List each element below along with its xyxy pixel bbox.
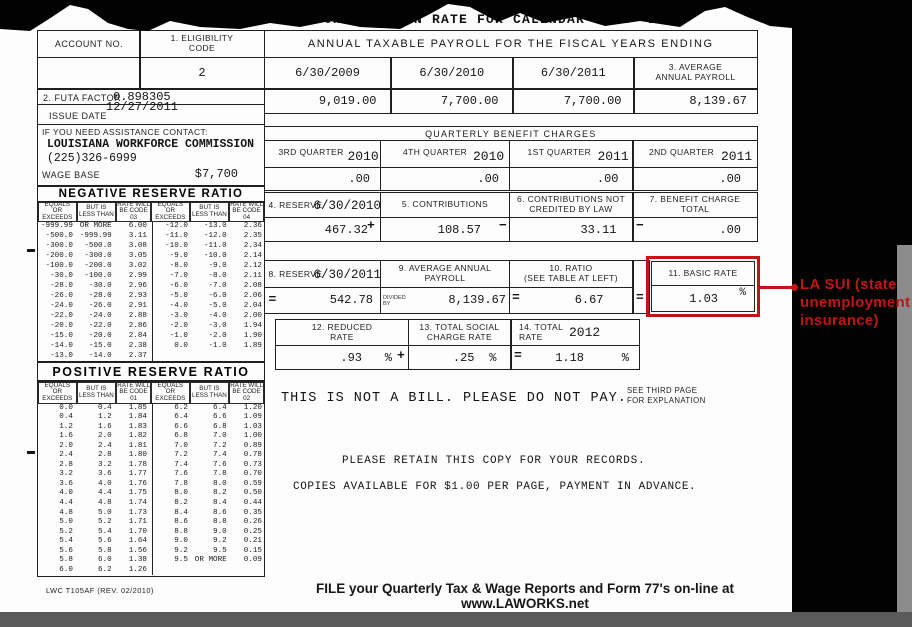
table-cell: 1.70 [116, 528, 152, 538]
table-cell: -4.0 [153, 302, 191, 312]
table-cell: 1.09 [231, 413, 267, 423]
assistance-contact-box: IF YOU NEED ASSISTANCE CONTACT: LOUISIAN… [37, 124, 265, 186]
percent-sign: % [489, 351, 496, 365]
social-charge-value: .25 [453, 351, 475, 365]
table-row: 7.47.60.73 [153, 461, 267, 471]
table-cell: 2.06 [231, 292, 267, 302]
table-cell: 2.84 [116, 332, 152, 342]
fiscal-year-1: 6/30/2009 [264, 57, 392, 90]
form-number: LWC T105AF (REV. 02/2010) [46, 587, 154, 596]
table-cell: 2.96 [116, 282, 152, 292]
table-cell: 1.82 [116, 432, 152, 442]
table-cell: 1.71 [116, 518, 152, 528]
minus-operator: − [499, 218, 507, 233]
quarter-year: 2010 [473, 149, 504, 164]
percent-sign: % [622, 351, 629, 365]
quarter-label: 1ST QUARTER [528, 148, 592, 158]
table-cell: 6.0 [76, 556, 116, 566]
table-cell: 9.0 [191, 528, 231, 538]
table-cell: 2.08 [231, 282, 267, 292]
table-row: 6.66.81.03 [153, 423, 267, 433]
table-cell: -26.0 [76, 302, 116, 312]
table-cell: -999.99 [38, 222, 76, 232]
table-row: -200.0-300.03.05 [38, 252, 152, 262]
table-row: -9.0-10.02.14 [153, 252, 267, 262]
payroll-value-average: 8,139.67 [633, 88, 758, 114]
table-cell: 8.8 [191, 518, 231, 528]
positive-ratio-table: EQUALS OR EXCEEDSBUT IS LESS THANRATE WI… [37, 381, 265, 577]
table-row: 6.46.61.09 [153, 413, 267, 423]
table-cell: 8.4 [153, 509, 191, 519]
positive-ratio-left-rows: 0.00.41.850.41.21.841.21.61.831.62.01.82… [38, 404, 152, 576]
table-cell: 0.70 [231, 470, 267, 480]
table-cell: -12.0 [191, 232, 231, 242]
table-cell: -14.0 [38, 342, 76, 352]
table-cell: -24.0 [38, 302, 76, 312]
table-cell: 2.8 [76, 451, 116, 461]
table-row: 4.85.01.73 [38, 509, 152, 519]
table-cell: 1.85 [116, 404, 152, 414]
reserve-2010-date: 6/30/2010 [314, 199, 382, 213]
table-cell: 4.4 [38, 499, 76, 509]
table-cell: BUT IS LESS THAN [77, 202, 117, 222]
table-cell: 4.0 [76, 480, 116, 490]
table-row: 7.88.00.59 [153, 480, 267, 490]
table-cell: EQUALS OR EXCEEDS [38, 202, 77, 222]
table-cell: 0.09 [231, 556, 267, 566]
table-cell: 6.8 [153, 432, 191, 442]
table-cell: 6.2 [76, 566, 116, 576]
table-cell: 6.0 [38, 566, 76, 576]
table-cell: 0.25 [231, 528, 267, 538]
table-cell: 8.2 [153, 499, 191, 509]
reserve-2011-value-cell: = 542.78 [264, 287, 382, 314]
ratio-value: 6.67 [575, 293, 604, 307]
table-cell: 7.8 [191, 470, 231, 480]
table-cell: 5.4 [76, 528, 116, 538]
table-cell: 2.99 [116, 272, 152, 282]
table-cell: -9.0 [191, 262, 231, 272]
divided-by-label: DIVIDED BY [383, 295, 406, 307]
table-cell: 0.4 [76, 404, 116, 414]
table-cell: 2.35 [231, 232, 267, 242]
table-cell: 3.05 [116, 252, 152, 262]
table-cell: -13.0 [191, 222, 231, 232]
table-cell: -500.0 [38, 232, 76, 242]
table-cell: -13.0 [38, 352, 76, 362]
table-cell: 0.26 [231, 518, 267, 528]
quarter-header-2: 4TH QUARTER2010 [380, 140, 510, 168]
table-cell: 3.2 [76, 461, 116, 471]
table-cell: -3.0 [191, 322, 231, 332]
payroll-value-2011: 7,700.00 [512, 88, 635, 114]
reserve-2011-value: 542.78 [330, 293, 373, 307]
table-cell: -3.0 [153, 312, 191, 322]
table-row: -7.0-8.02.11 [153, 272, 267, 282]
total-rate-value-cell: 1.18 % [510, 345, 640, 370]
table-row: 6.26.41.20 [153, 404, 267, 414]
table-row: 1.62.01.82 [38, 432, 152, 442]
table-cell: 6.4 [191, 404, 231, 414]
table-row: 5.05.21.71 [38, 518, 152, 528]
table-cell: -9.0 [153, 252, 191, 262]
reduced-rate-value: .93 [340, 351, 362, 365]
table-cell: 7.0 [191, 432, 231, 442]
table-cell: 5.8 [38, 556, 76, 566]
table-cell: 3.08 [116, 242, 152, 252]
table-row: 2.83.21.78 [38, 461, 152, 471]
table-row: -8.0-9.02.12 [153, 262, 267, 272]
issue-date-value: 12/27/2011 [106, 100, 178, 114]
avg-annual-payroll-value-cell: DIVIDED BY 8,139.67 [380, 287, 510, 314]
table-cell: 7.0 [153, 442, 191, 452]
contributions-not-credited-value: 33.11 [509, 217, 634, 242]
quarter-value-2: .00 [380, 167, 510, 191]
contact-phone: (225)326-6999 [47, 152, 137, 165]
table-row: -20.0-22.02.86 [38, 322, 152, 332]
payroll-value-2009: 9,019.00 [264, 88, 392, 114]
table-cell: 2.11 [231, 272, 267, 282]
scanned-document-page: { "colors":{"red_annotation":"#c01515","… [0, 0, 912, 627]
table-cell: 5.6 [76, 537, 116, 547]
table-cell: EQUALS OR EXCEEDS [38, 382, 77, 404]
table-row: -10.0-11.02.34 [153, 242, 267, 252]
negative-ratio-table: EQUALS OR EXCEEDSBUT IS LESS THANRATE WI… [37, 201, 265, 362]
table-cell: 6.6 [191, 413, 231, 423]
table-row: -13.0-14.02.37 [38, 352, 152, 362]
quarter-value-1: .00 [264, 167, 382, 191]
table-cell: 1.94 [231, 322, 267, 332]
quarter-header-3: 1ST QUARTER2011 [509, 140, 634, 168]
retain-copy-notice: PLEASE RETAIN THIS COPY FOR YOUR RECORDS… [342, 455, 645, 467]
table-cell: 1.80 [116, 451, 152, 461]
table-cell: 1.2 [38, 423, 76, 433]
table-cell: 0.4 [38, 413, 76, 423]
table-row: -100.0-200.03.02 [38, 262, 152, 272]
reserve-2011-header: 8. RESERVE6/30/2011 [264, 260, 382, 288]
table-cell: BUT IS LESS THAN [190, 382, 230, 404]
table-row: 4.04.41.75 [38, 489, 152, 499]
wage-base-label: WAGE BASE [42, 170, 100, 180]
benefit-charge-total-value: .00 [632, 217, 758, 242]
total-social-charge-header: 13. TOTAL SOCIAL CHARGE RATE [408, 319, 512, 346]
positive-ratio-body: 0.00.41.850.41.21.841.21.61.831.62.01.82… [38, 404, 264, 576]
table-cell: 2.36 [231, 222, 267, 232]
quarterly-title: QUARTERLY BENEFIT CHARGES [264, 126, 759, 141]
table-cell: 2.0 [38, 442, 76, 452]
table-cell: 0.35 [231, 509, 267, 519]
table-cell: 4.8 [76, 499, 116, 509]
table-cell: 6.6 [153, 423, 191, 433]
table-row: 8.89.00.25 [153, 528, 267, 538]
table-row: 5.45.61.64 [38, 537, 152, 547]
table-cell: 8.4 [191, 499, 231, 509]
reserve-2010-value: 467.32 [264, 217, 382, 242]
table-row: 2.42.81.80 [38, 451, 152, 461]
table-cell: 1.78 [116, 461, 152, 471]
quarter-header-1: 3RD QUARTER2010 [264, 140, 382, 168]
table-cell: 8.0 [191, 480, 231, 490]
table-cell: BUT IS LESS THAN [77, 382, 117, 404]
table-cell: 3.6 [76, 470, 116, 480]
table-cell: OR MORE [191, 556, 231, 566]
table-cell: 6.2 [153, 404, 191, 414]
table-cell: -10.0 [191, 252, 231, 262]
table-cell: -11.0 [191, 242, 231, 252]
positive-ratio-title: POSITIVE RESERVE RATIO [37, 362, 265, 381]
annotation-label: LA SUI (state unemployment insurance) [800, 276, 910, 330]
table-cell: 4.0 [38, 489, 76, 499]
issue-date-row: ISSUE DATE 12/27/2011 [37, 104, 265, 125]
table-cell: 2.34 [231, 242, 267, 252]
quarter-label: 4TH QUARTER [403, 148, 467, 158]
total-rate-label: 14. TOTAL RATE [519, 323, 563, 343]
table-cell: -200.0 [76, 262, 116, 272]
contributions-not-credited-header: 6. CONTRIBUTIONS NOT CREDITED BY LAW [509, 192, 634, 218]
table-cell: -100.0 [38, 262, 76, 272]
table-cell: 5.6 [38, 547, 76, 557]
total-rate-header: 14. TOTAL RATE 2012 [510, 319, 640, 346]
table-row: -26.0-28.02.93 [38, 292, 152, 302]
table-cell: 0.44 [231, 499, 267, 509]
table-cell: -22.0 [38, 312, 76, 322]
table-row: 3.64.01.76 [38, 480, 152, 490]
table-cell: -24.0 [76, 312, 116, 322]
table-row: -4.0-5.02.04 [153, 302, 267, 312]
quarter-year: 2010 [348, 149, 379, 164]
table-cell: 7.2 [191, 442, 231, 452]
table-cell: 2.4 [38, 451, 76, 461]
table-cell: EQUALS OR EXCEEDS [151, 202, 190, 222]
table-cell: 0.73 [231, 461, 267, 471]
table-cell: 1.89 [231, 342, 267, 352]
ratio-header: 10. RATIO (SEE TABLE AT LEFT) [509, 260, 634, 288]
table-row: -5.0-6.02.06 [153, 292, 267, 302]
table-cell: 1.64 [116, 537, 152, 547]
table-cell: 1.81 [116, 442, 152, 452]
table-row: 9.09.20.21 [153, 537, 267, 547]
table-cell: -22.0 [76, 322, 116, 332]
table-cell: 7.6 [153, 470, 191, 480]
table-cell: -15.0 [38, 332, 76, 342]
table-cell: 7.4 [191, 451, 231, 461]
table-cell: -20.0 [38, 322, 76, 332]
table-cell: 2.4 [76, 442, 116, 452]
table-row: -24.0-26.02.91 [38, 302, 152, 312]
benefit-charge-total-header: 7. BENEFIT CHARGE TOTAL [632, 192, 758, 218]
table-cell: -1.0 [153, 332, 191, 342]
table-cell: 6.4 [153, 413, 191, 423]
reserve-2010-header: 4. RESERVE6/30/2010 [264, 192, 382, 218]
table-row: -15.0-20.02.84 [38, 332, 152, 342]
reserve-2011-date: 6/30/2011 [314, 268, 382, 282]
table-cell: 7.6 [191, 461, 231, 471]
table-row: 1.21.61.83 [38, 423, 152, 433]
table-cell: 1.73 [116, 509, 152, 519]
table-row: -1.0-2.01.90 [153, 332, 267, 342]
eligibility-code-value: 2 [139, 57, 265, 90]
total-rate-value: 1.18 [555, 351, 584, 365]
table-cell: -200.0 [38, 252, 76, 262]
table-cell: 2.93 [116, 292, 152, 302]
table-cell: 7.8 [153, 480, 191, 490]
table-cell: 1.74 [116, 499, 152, 509]
table-cell: 1.56 [116, 547, 152, 557]
table-cell: 2.00 [231, 312, 267, 322]
table-row: 6.06.21.26 [38, 566, 152, 576]
average-annual-payroll-header: 3. AVERAGE ANNUAL PAYROLL [633, 57, 758, 90]
quarter-label: 3RD QUARTER [279, 148, 344, 158]
table-cell: -28.0 [76, 292, 116, 302]
plus-operator: + [367, 218, 375, 233]
fiscal-year-2: 6/30/2010 [390, 57, 514, 90]
table-cell: 1.6 [38, 432, 76, 442]
table-cell: 2.91 [116, 302, 152, 312]
table-cell: 5.8 [76, 547, 116, 557]
table-cell: 0.59 [231, 480, 267, 490]
table-cell: -14.0 [76, 352, 116, 362]
table-cell: -28.0 [38, 282, 76, 292]
table-row: -999.99OR MORE6.00 [38, 222, 152, 232]
table-cell: 9.2 [191, 537, 231, 547]
table-row: -2.0-3.01.94 [153, 322, 267, 332]
table-cell: 2.86 [116, 322, 152, 332]
table-cell: 1.90 [231, 332, 267, 342]
negative-ratio-left-rows: -999.99OR MORE6.00-500.0-999.993.11-300.… [38, 222, 152, 363]
table-cell: -300.0 [76, 252, 116, 262]
avg-annual-payroll-value: 8,139.67 [448, 293, 506, 307]
table-row: 5.25.41.70 [38, 528, 152, 538]
table-row: -11.0-12.02.35 [153, 232, 267, 242]
fiscal-year-3: 6/30/2011 [512, 57, 635, 90]
table-cell: -6.0 [191, 292, 231, 302]
table-cell: 0.15 [231, 547, 267, 557]
quarter-label: 2ND QUARTER [649, 148, 714, 158]
equals-operator: = [636, 290, 644, 305]
table-cell: 3.6 [38, 480, 76, 490]
minus-operator: − [636, 218, 644, 233]
reduced-rate-header: 12. REDUCED RATE [275, 319, 409, 346]
quarter-header-4: 2ND QUARTER2011 [632, 140, 758, 168]
table-cell: 1.76 [116, 480, 152, 490]
table-row: 5.65.81.56 [38, 547, 152, 557]
table-cell: 2.12 [231, 262, 267, 272]
table-row: 2.02.41.81 [38, 442, 152, 452]
quarter-value-4: .00 [632, 167, 758, 191]
table-cell: -8.0 [191, 272, 231, 282]
table-cell: 9.5 [153, 556, 191, 566]
table-cell: 1.20 [231, 404, 267, 414]
quarter-year: 2011 [598, 149, 629, 164]
table-cell: 0.89 [231, 442, 267, 452]
table-cell: RATE WILL BE CODE 02 [229, 382, 264, 404]
table-cell: 1.26 [116, 566, 152, 576]
table-cell: 2.14 [231, 252, 267, 262]
table-cell: 4.4 [76, 489, 116, 499]
table-cell: 3.02 [116, 262, 152, 272]
table-cell: 5.4 [38, 537, 76, 547]
table-cell: RATE WILL BE CODE 04 [229, 202, 264, 222]
table-cell: -15.0 [76, 342, 116, 352]
table-row: 7.67.80.70 [153, 470, 267, 480]
table-row: 8.08.20.50 [153, 489, 267, 499]
table-row: 6.87.01.00 [153, 432, 267, 442]
table-cell: 8.2 [191, 489, 231, 499]
table-cell: 4.8 [38, 509, 76, 519]
table-cell: 2.8 [38, 461, 76, 471]
table-row: -3.0-4.02.00 [153, 312, 267, 322]
table-row: 3.23.61.77 [38, 470, 152, 480]
quarter-year: 2011 [721, 149, 752, 164]
table-cell: RATE WILL BE CODE 03 [116, 202, 151, 222]
table-cell: -5.0 [191, 302, 231, 312]
table-cell: -11.0 [153, 232, 191, 242]
table-cell: -10.0 [153, 242, 191, 252]
table-cell: 2.0 [76, 432, 116, 442]
laworks-site-text: www.LAWORKS.net [290, 596, 760, 611]
table-cell: 5.0 [38, 518, 76, 528]
avg-annual-payroll-header: 9. AVERAGE ANNUAL PAYROLL [380, 260, 510, 288]
account-no-value [37, 57, 141, 90]
table-cell: 1.38 [116, 556, 152, 566]
table-cell: -5.0 [153, 292, 191, 302]
annotation-arrow-dot [791, 284, 798, 291]
table-cell: 5.2 [38, 528, 76, 538]
table-cell: 0.0 [153, 342, 191, 352]
table-row: 8.68.80.26 [153, 518, 267, 528]
table-cell: 0.78 [231, 451, 267, 461]
negative-ratio-header: EQUALS OR EXCEEDSBUT IS LESS THANRATE WI… [38, 202, 264, 222]
annotation-line: insurance) [800, 312, 910, 330]
payroll-section-title: ANNUAL TAXABLE PAYROLL FOR THE FISCAL YE… [264, 30, 759, 58]
payroll-value-2010: 7,700.00 [390, 88, 514, 114]
table-cell: -300.0 [38, 242, 76, 252]
table-row: 7.27.40.78 [153, 451, 267, 461]
contributions-header: 5. CONTRIBUTIONS [380, 192, 510, 218]
table-cell: 9.0 [153, 537, 191, 547]
wage-base-value: $7,700 [158, 167, 238, 181]
quarter-value-3: .00 [509, 167, 634, 191]
table-cell: 5.2 [76, 518, 116, 528]
table-cell: 1.77 [116, 470, 152, 480]
table-cell: 1.03 [231, 423, 267, 433]
contact-heading: IF YOU NEED ASSISTANCE CONTACT: [42, 128, 208, 138]
table-cell: 2.88 [116, 312, 152, 322]
contributions-value: 108.57 [380, 217, 510, 242]
annotation-line: LA SUI (state [800, 276, 910, 294]
table-cell: 1.75 [116, 489, 152, 499]
table-row: -12.0-13.02.36 [153, 222, 267, 232]
percent-sign: % [385, 351, 392, 365]
table-row: -300.0-500.03.08 [38, 242, 152, 252]
table-cell: 1.83 [116, 423, 152, 433]
table-row: -28.0-30.02.96 [38, 282, 152, 292]
table-row: 0.41.21.84 [38, 413, 152, 423]
table-cell: -8.0 [153, 262, 191, 272]
table-row: -22.0-24.02.88 [38, 312, 152, 322]
table-row: -500.0-999.993.11 [38, 232, 152, 242]
table-cell: -12.0 [153, 222, 191, 232]
account-no-header: ACCOUNT NO. [37, 30, 141, 58]
reduced-rate-value-cell: .93 % [275, 345, 409, 370]
table-cell: 2.38 [116, 342, 152, 352]
ratio-value-cell: 6.67 [509, 287, 634, 314]
table-cell: 3.11 [116, 232, 152, 242]
table-cell: 7.4 [153, 461, 191, 471]
table-cell: 6.00 [116, 222, 152, 232]
table-cell: 0.0 [38, 404, 76, 414]
table-cell: RATE WILL BE CODE 01 [116, 382, 151, 404]
